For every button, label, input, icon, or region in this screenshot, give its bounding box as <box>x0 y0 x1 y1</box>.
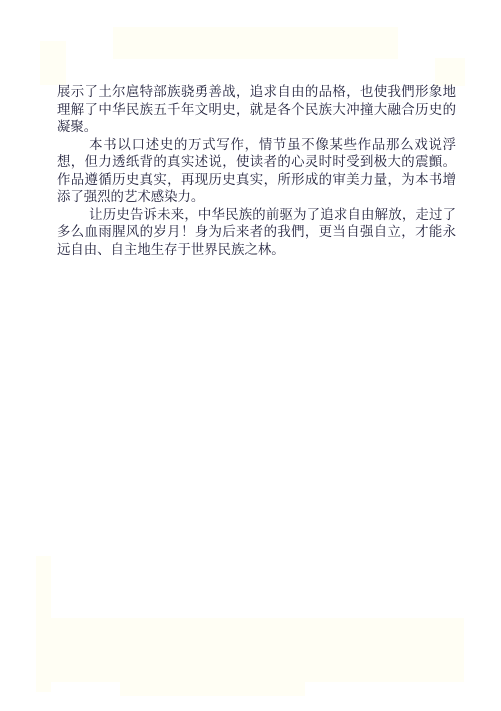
paragraph-continuation: 展示了土尔扈特部族骁勇善战，追求自由的品格，也使我們形象地理解了中华民族五千年文… <box>57 84 456 137</box>
scan-artifact-bottom-tab <box>120 682 305 696</box>
paragraph-narrative-style: 本书以口述史的万式写作，情节虽不像某些作品那么戏说浮想，但力透纸背的真实述说，使… <box>57 137 456 207</box>
paragraph-closing: 让历史告诉未来，中华民族的前驱为了追求自由解放，走过了多么血雨腥风的岁月！身为后… <box>57 207 456 260</box>
scan-artifact-top-left <box>40 41 66 85</box>
body-text: 展示了土尔扈特部族骁勇善战，追求自由的品格，也使我們形象地理解了中华民族五千年文… <box>57 84 456 259</box>
scan-artifact-bottom-band <box>36 618 464 682</box>
scan-artifact-top-right <box>435 58 465 86</box>
scan-artifact-top-band <box>113 27 398 59</box>
scanned-document-page: 展示了土尔扈特部族骁勇善战，追求自由的品格，也使我們形象地理解了中华民族五千年文… <box>0 0 501 711</box>
